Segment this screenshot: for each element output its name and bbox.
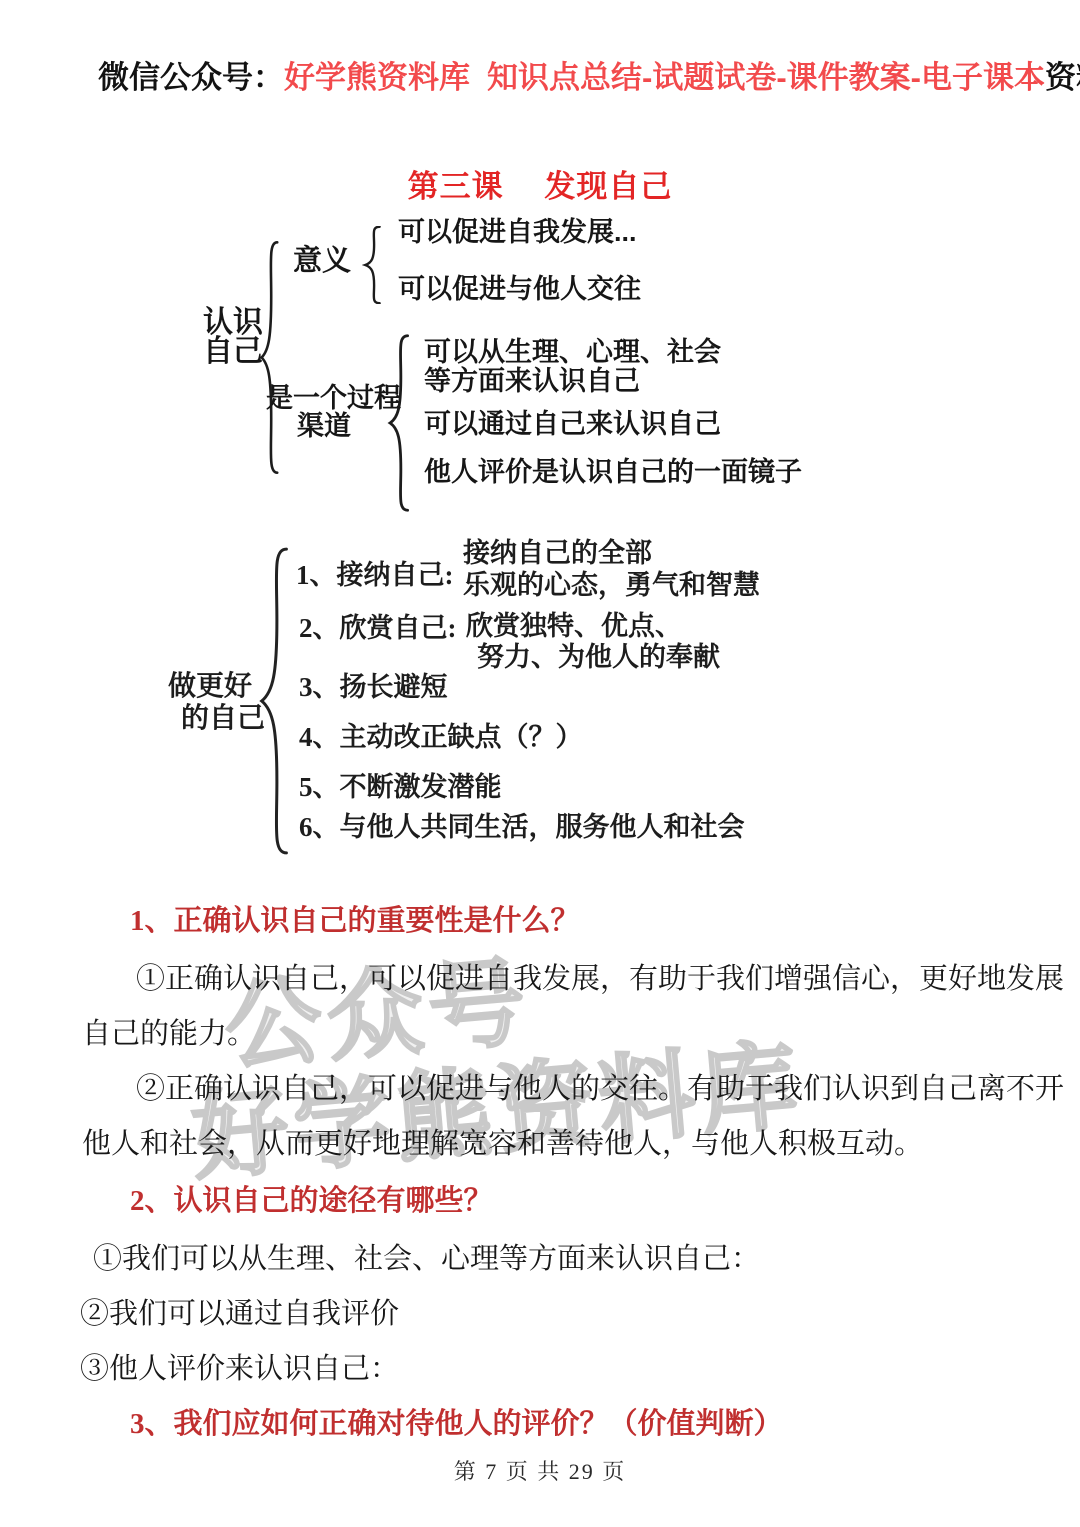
map1-branch2-label-line1: 是一个过程: [266, 384, 401, 413]
map1-root-line2: 自己: [203, 337, 263, 366]
map2-root-line1: 做更好: [168, 672, 252, 702]
header-topics: 知识点总结-试题试卷-课件教案-电子课本: [487, 60, 1045, 95]
page-title: 第三课 发现自己: [0, 161, 1080, 206]
curly-brace-icon: [386, 334, 413, 512]
map2-root-line2: 的自己: [181, 704, 265, 734]
map2-item2-note2: 努力、为他人的奉献: [477, 642, 720, 672]
map1-branch2-item1: 可以从生理、心理、社会 等方面来认识自己: [424, 338, 721, 396]
header-brand: 好学熊资料库: [284, 60, 470, 95]
map1-branch2-item1-line1: 可以从生理、心理、社会: [424, 338, 721, 367]
map2-item2-label: 2、欣赏自己:: [299, 613, 457, 643]
map2-item1-note1: 接纳自己的全部: [463, 538, 652, 568]
question-2: 2、认识自己的途径有哪些？: [130, 1178, 493, 1219]
map2-item3-label: 3、扬长避短: [299, 672, 448, 702]
curly-brace-icon: [258, 240, 282, 475]
curly-brace-icon: [362, 226, 384, 304]
document-page: 公众号 好学熊资料库 微信公众号：好学熊资料库知识点总结-试题试卷-课件教案-电…: [0, 0, 1080, 1527]
header-account-prefix: 微信公众号：: [98, 60, 284, 95]
answer-2b: ②我们可以通过自我评价: [80, 1291, 399, 1332]
answer-1-line2: 自己的能力。: [82, 1011, 256, 1052]
header-banner: 微信公众号：好学熊资料库知识点总结-试题试卷-课件教案-电子课本资料下载: [98, 52, 1080, 97]
map2-item2-note1: 欣赏独特、优点、: [466, 611, 682, 641]
question-1: 1、正确认识自己的重要性是什么？: [130, 898, 580, 939]
map1-branch2-label-line2: 渠道: [297, 412, 351, 441]
page-number: 第 7 页 共 29 页: [0, 1455, 1080, 1486]
map1-branch2-item2: 可以通过自己来认识自己: [424, 410, 721, 439]
answer-2-line1: ②正确认识自己，可以促进与他人的交往。有助于我们认识到自己离不开: [136, 1066, 1064, 1107]
answer-1-line1: ①正确认识自己，可以促进自我发展，有助于我们增强信心，更好地发展: [136, 956, 1064, 997]
map1-branch2-item1-line2: 等方面来认识自己: [424, 367, 721, 396]
answer-2c: ③他人评价来认识自己：: [80, 1346, 399, 1387]
header-suffix: 资料下载: [1045, 60, 1080, 95]
map2-item1-label: 1、接纳自己:: [296, 560, 454, 590]
question-3: 3、我们应如何正确对待他人的评价？（价值判断）: [130, 1401, 783, 1442]
map2-item1-note2: 乐观的心态，勇气和智慧: [463, 570, 760, 600]
answer-2-line2: 他人和社会，从而更好地理解宽容和善待他人，与他人积极互动。: [82, 1121, 923, 1162]
answer-2a: ①我们可以从生理、社会、心理等方面来认识自己：: [93, 1236, 760, 1277]
curly-brace-icon: [256, 546, 294, 856]
map1-branch2-item3: 他人评价是认识自己的一面镜子: [424, 458, 802, 487]
map1-branch1-item2: 可以促进与他人交往: [398, 275, 641, 304]
map2-item6-label: 6、与他人共同生活，服务他人和社会: [299, 812, 745, 842]
map2-item4-label: 4、主动改正缺点（？）: [299, 722, 583, 752]
map1-branch1-label: 意义: [293, 247, 351, 276]
map1-root-line1: 认识: [203, 308, 263, 337]
map1-branch1-item1: 可以促进自我发展...: [398, 218, 637, 247]
map2-item5-label: 5、不断激发潜能: [299, 772, 502, 802]
map1-root: 认识 自己: [203, 308, 263, 366]
